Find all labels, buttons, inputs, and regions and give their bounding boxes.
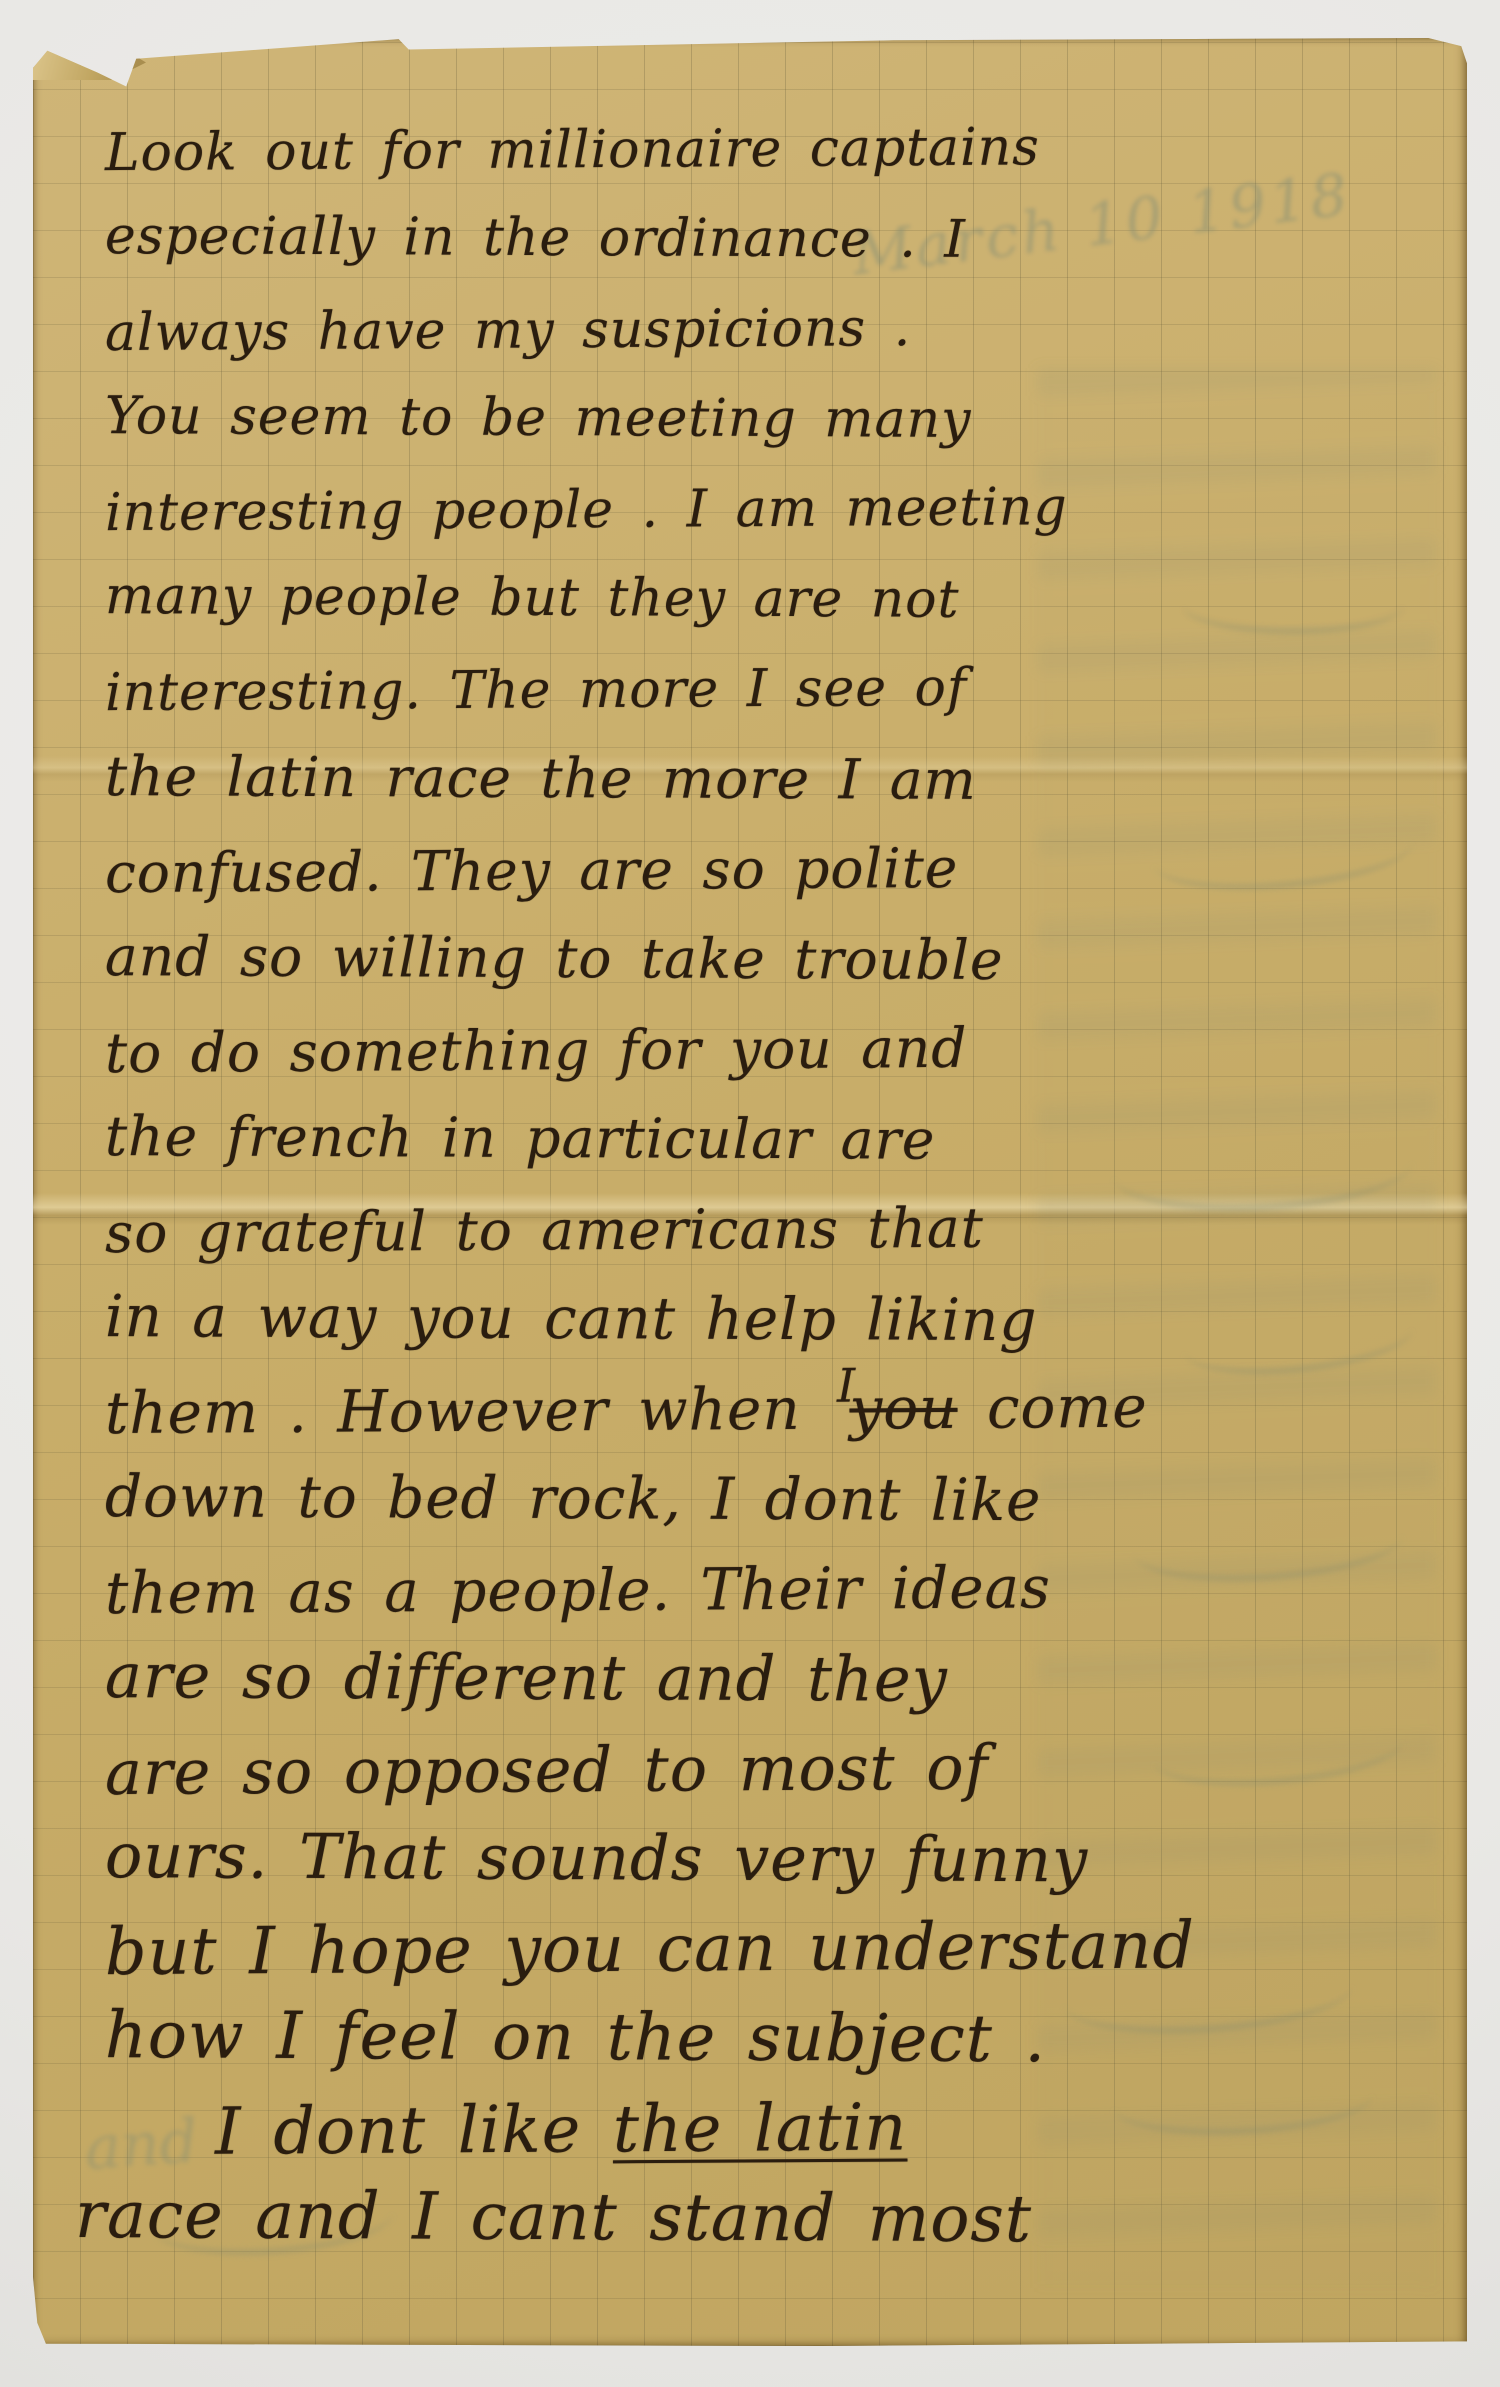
letter-text-segment: down to bed rock, I dont like	[105, 1462, 1042, 1534]
torn-corner	[30, 34, 146, 80]
letter-line: many people but they are not	[105, 551, 1441, 647]
letter-line: in a way you cant help liking	[105, 1271, 1441, 1367]
letter-text-segment: ours. That sounds very funny	[105, 1819, 1088, 1896]
letter-line: always have my suspicions .	[105, 280, 1442, 378]
letter-line: You seem to be meeting many	[105, 371, 1441, 467]
letter-text-segment: the latin	[613, 2091, 908, 2168]
letter-line: interesting people . I am meeting	[105, 460, 1442, 558]
letter-text-segment: them . However when	[105, 1375, 831, 1447]
letter-text-segment: interesting. The more I see of	[105, 658, 967, 723]
letter-text-segment: in a way you cant help liking	[105, 1282, 1038, 1354]
letter-line: race and I cant stand most	[75, 2171, 1441, 2267]
letter-text-segment: are so opposed to most of	[105, 1731, 989, 1809]
letter-text-segment: the french in particular are	[105, 1104, 936, 1172]
letter-line: the french in particular are	[105, 1091, 1441, 1187]
letter-line: so grateful to americans that	[105, 1180, 1442, 1278]
letter-line: ours. That sounds very funny	[105, 1811, 1441, 1907]
letter-text-segment: how I feel on the subject .	[105, 1998, 1046, 2077]
letter-line: down to bed rock, I dont like	[105, 1451, 1441, 1547]
letter-line: Look out for millionaire captains	[105, 100, 1442, 198]
letter-line: are so different and they	[105, 1631, 1441, 1727]
letter-paper: March 10 1918 and Look out for millionai…	[33, 38, 1467, 2346]
letter-line: I dont like the latin	[215, 2080, 1442, 2177]
letter-line: and so willing to take trouble	[105, 911, 1441, 1007]
letter-text-segment: are so different and they	[105, 1639, 948, 1716]
letter-text-segment: you	[849, 1374, 957, 1443]
letter-text-segment: so grateful to americans that	[105, 1196, 984, 1265]
letter-text-segment: always have my suspicions .	[105, 298, 912, 363]
letter-text-segment: many people but they are not	[105, 566, 960, 630]
letter-text-segment: the latin race the more I am	[105, 744, 977, 812]
letter-line: especially in the ordinance . I	[105, 191, 1441, 287]
letter-text-segment: I dont like	[215, 2092, 613, 2169]
letter-line: them . However when Iyou come	[105, 1360, 1442, 1458]
letter-line: interesting. The more I see of	[105, 640, 1442, 738]
letter-text-segment: interesting people . I am meeting	[105, 477, 1068, 543]
letter-line: to do something for you and	[105, 1000, 1442, 1098]
letter-line: are so opposed to most of	[105, 1720, 1442, 1818]
letter-line: how I feel on the subject .	[105, 1991, 1441, 2087]
letter-line: them as a people. Their ideas	[105, 1540, 1442, 1638]
letter-lines: Look out for millionaire captainsespecia…	[75, 104, 1441, 2264]
letter-text-segment: confused. They are so polite	[105, 836, 959, 905]
letter-line: confused. They are so polite	[105, 820, 1442, 918]
letter-line: but I hope you can understand	[105, 1900, 1442, 1998]
letter-text-segment: come	[957, 1373, 1148, 1442]
letter-text-segment: to do something for you and	[105, 1016, 968, 1085]
letter-text-segment: You seem to be meeting many	[105, 386, 972, 450]
letter-text-segment: especially in the ordinance . I	[105, 206, 966, 270]
letter-text-segment: them as a people. Their ideas	[105, 1553, 1051, 1627]
letter-text-segment: Look out for millionaire captains	[105, 117, 1040, 183]
letter-text-segment: I	[837, 1341, 857, 1431]
letter-text-segment: race and I cant stand most	[75, 2178, 1032, 2257]
letter-text-segment: and so willing to take trouble	[105, 924, 1004, 992]
letter-line: the latin race the more I am	[105, 731, 1441, 827]
letter-text-segment: but I hope you can understand	[105, 1908, 1195, 1990]
